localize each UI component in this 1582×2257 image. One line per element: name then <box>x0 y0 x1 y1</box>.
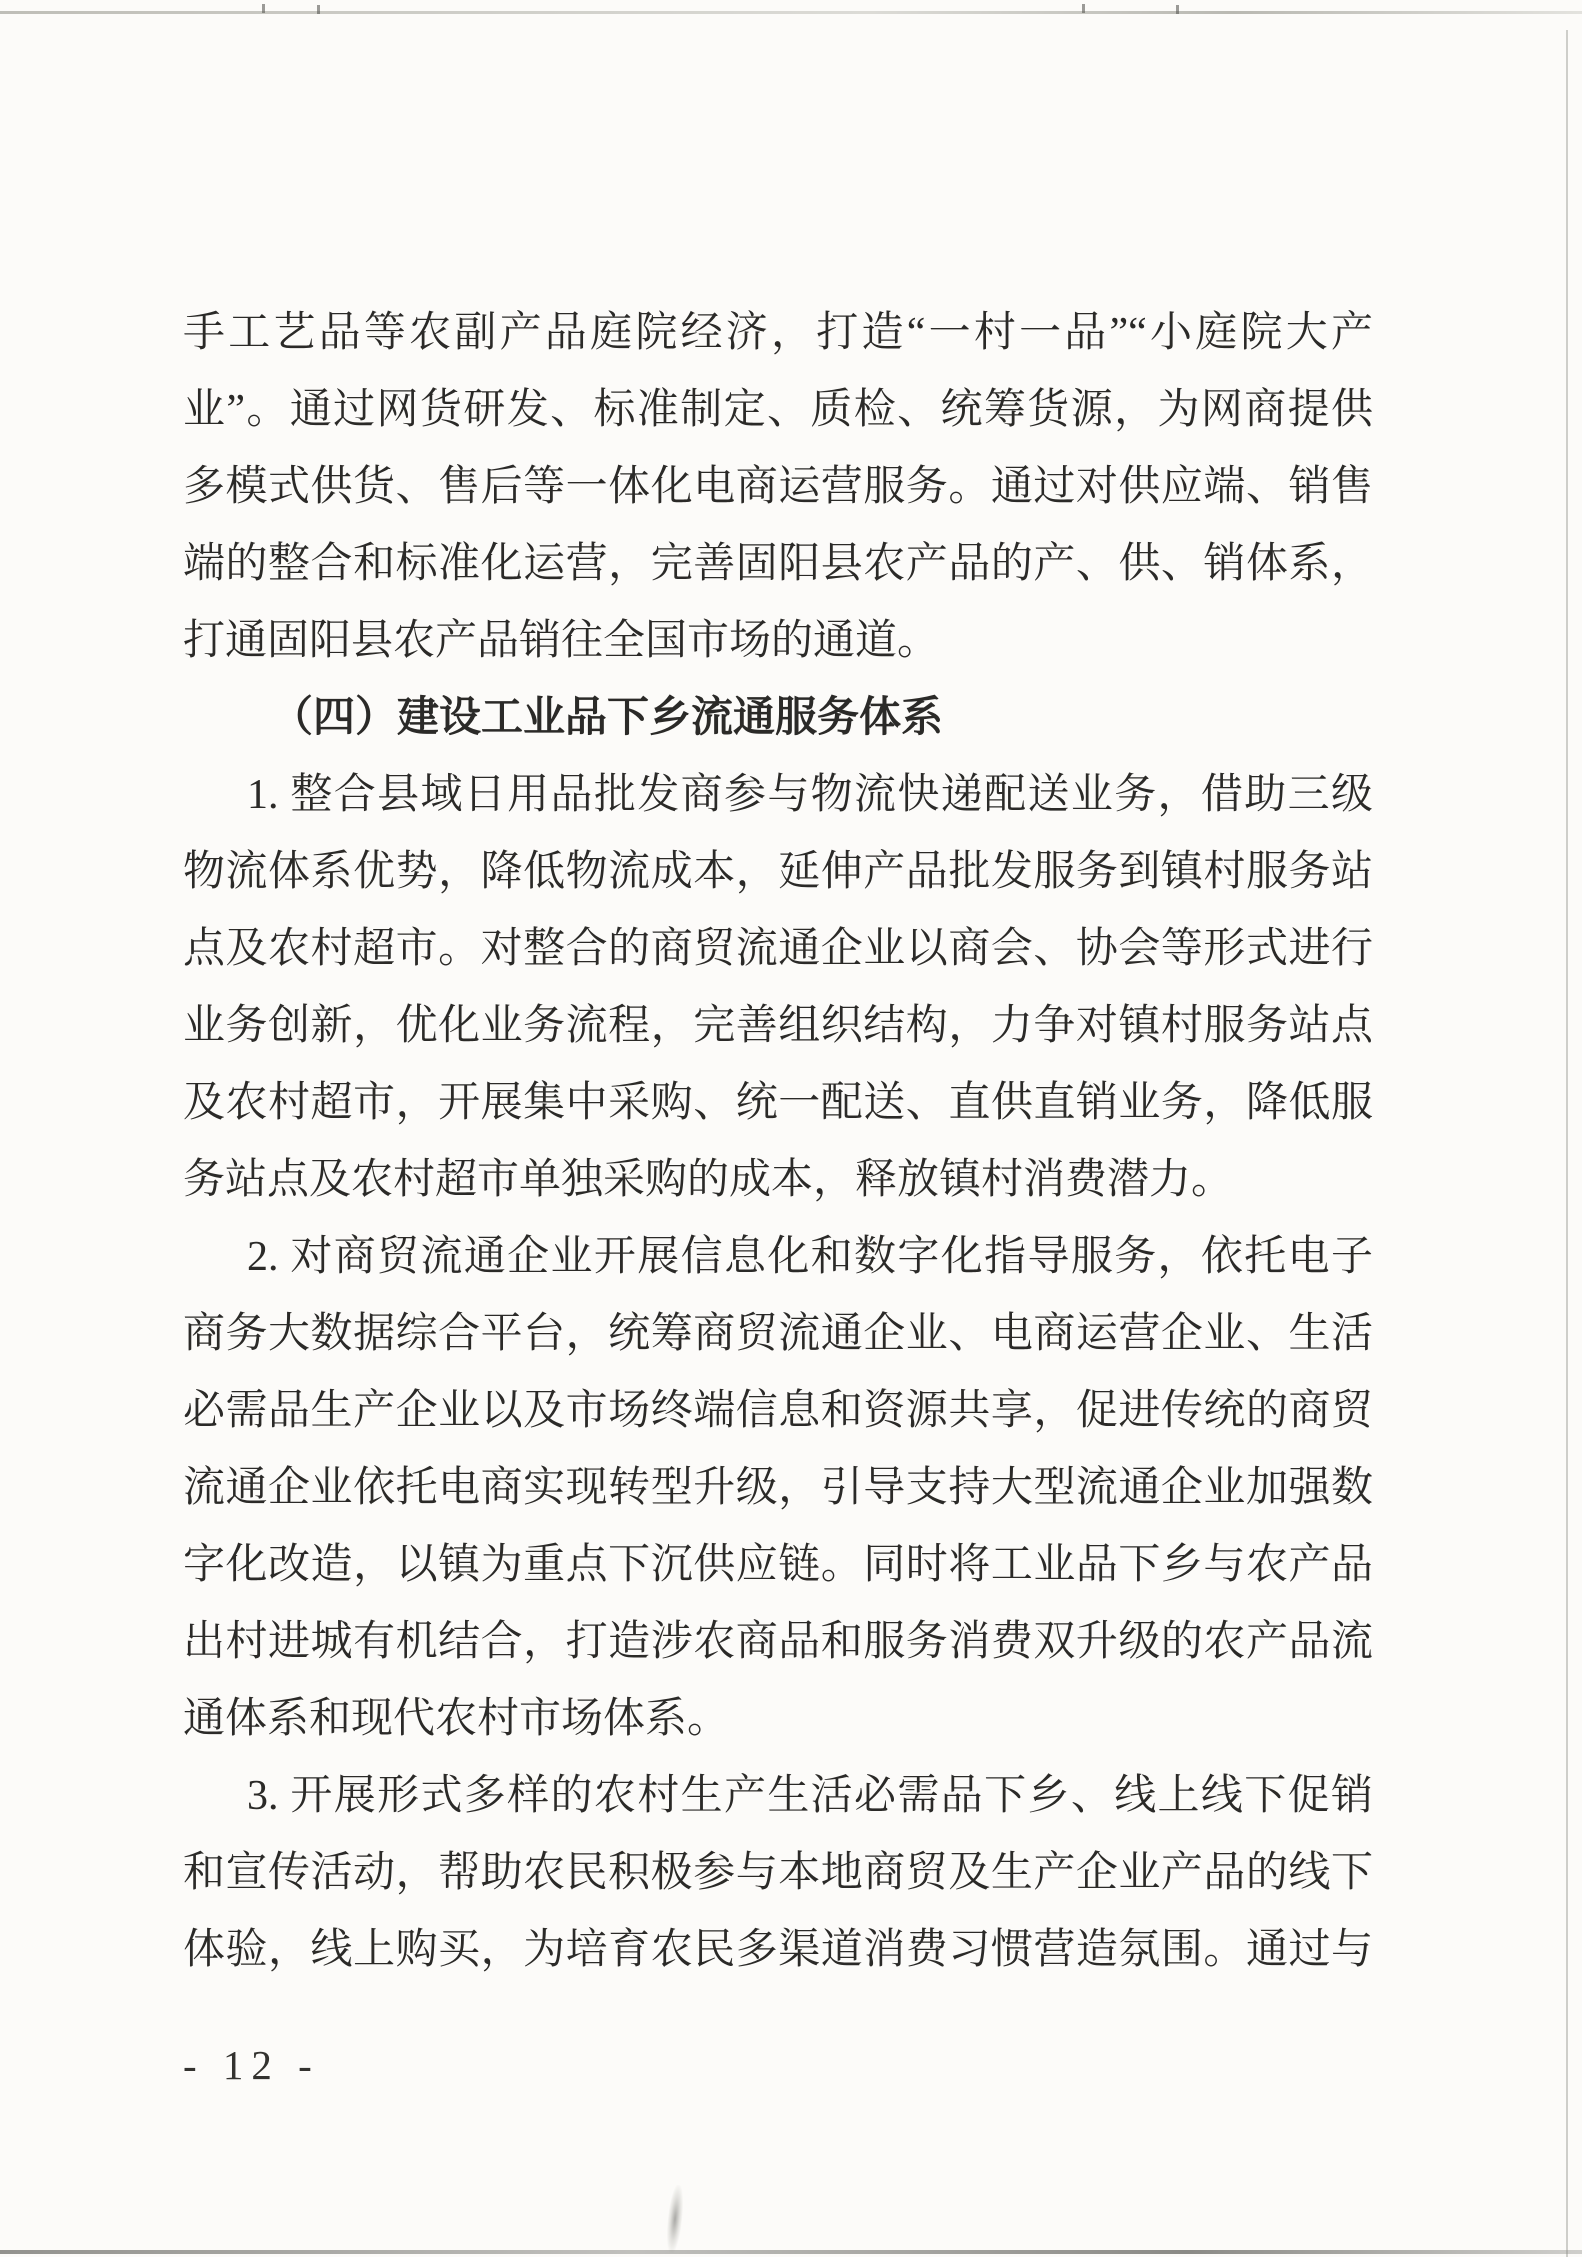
text-line: 1. 整合县域日用品批发商参与物流快递配送业务，借助三级 <box>183 757 1373 834</box>
scanned-document-page: 手工艺品等农副产品庭院经济，打造“一村一品”“小庭院大产业”。通过网货研发、标准… <box>0 0 1582 2257</box>
text-line: 字化改造，以镇为重点下沉供应链。同时将工业品下乡与农产品 <box>183 1527 1373 1604</box>
text-line: 2. 对商贸流通企业开展信息化和数字化指导服务，依托电子 <box>183 1219 1373 1296</box>
scan-top-edge-line <box>0 11 1582 14</box>
text-line: 必需品生产企业以及市场终端信息和资源共享，促进传统的商贸 <box>183 1373 1373 1450</box>
text-line: 通体系和现代农村市场体系。 <box>183 1681 1373 1758</box>
text-line: 流通企业依托电商实现转型升级，引导支持大型流通企业加强数 <box>183 1450 1373 1527</box>
scan-speck <box>1082 4 1085 13</box>
text-line: 及农村超市，开展集中采购、统一配送、直供直销业务，降低服 <box>183 1065 1373 1142</box>
text-line: 出村进城有机结合，打造涉农商品和服务消费双升级的农产品流 <box>183 1604 1373 1681</box>
text-line: 业务创新，优化业务流程，完善组织结构，力争对镇村服务站点 <box>183 988 1373 1065</box>
scan-bottom-edge-line <box>0 2250 1582 2254</box>
text-line: 点及农村超市。对整合的商贸流通企业以商会、协会等形式进行 <box>183 911 1373 988</box>
scan-smudge-mark <box>664 2184 685 2253</box>
text-line: 手工艺品等农副产品庭院经济，打造“一村一品”“小庭院大产 <box>183 295 1373 372</box>
text-line: 商务大数据综合平台，统筹商贸流通企业、电商运营企业、生活 <box>183 1296 1373 1373</box>
text-line: 务站点及农村超市单独采购的成本，释放镇村消费潜力。 <box>183 1142 1373 1219</box>
section-heading: （四）建设工业品下乡流通服务体系 <box>183 680 1373 757</box>
scan-right-edge-line <box>1566 30 1568 2257</box>
document-body: 手工艺品等农副产品庭院经济，打造“一村一品”“小庭院大产业”。通过网货研发、标准… <box>183 295 1373 1989</box>
text-line: 端的整合和标准化运营，完善固阳县农产品的产、供、销体系， <box>183 526 1373 603</box>
text-line: 业”。通过网货研发、标准制定、质检、统筹货源，为网商提供 <box>183 372 1373 449</box>
text-line: 体验，线上购买，为培育农民多渠道消费习惯营造氛围。通过与 <box>183 1912 1373 1989</box>
text-line: 3. 开展形式多样的农村生产生活必需品下乡、线上线下促销 <box>183 1758 1373 1835</box>
text-line: 物流体系优势，降低物流成本，延伸产品批发服务到镇村服务站 <box>183 834 1373 911</box>
text-line: 打通固阳县农产品销往全国市场的通道。 <box>183 603 1373 680</box>
text-line: 多模式供货、售后等一体化电商运营服务。通过对供应端、销售 <box>183 449 1373 526</box>
scan-speck <box>262 4 265 13</box>
scan-speck <box>317 5 320 14</box>
page-number: - 12 - <box>183 2040 320 2090</box>
scan-speck <box>1176 5 1179 14</box>
text-line: 和宣传活动，帮助农民积极参与本地商贸及生产企业产品的线下 <box>183 1835 1373 1912</box>
